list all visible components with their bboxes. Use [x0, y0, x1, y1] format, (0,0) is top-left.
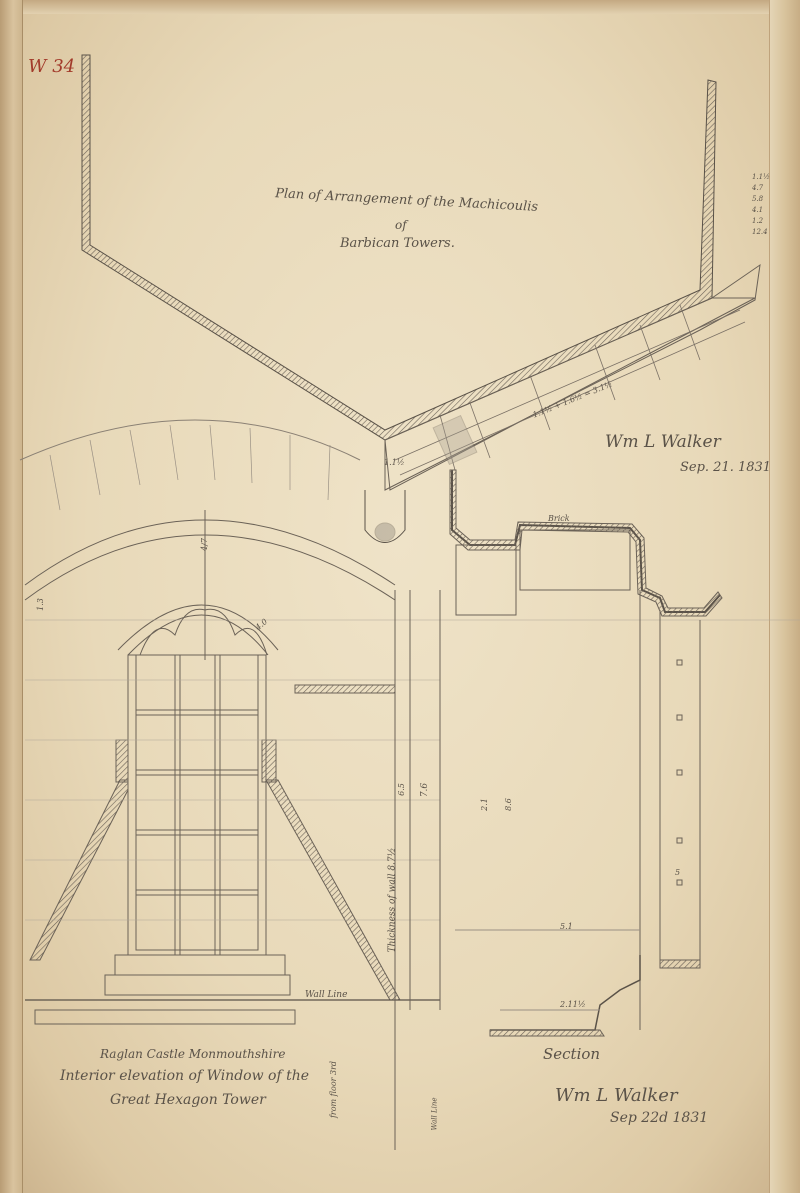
- section-date: Sep 22d 1831: [610, 1110, 708, 1126]
- elev-dim-76: 7.6: [420, 783, 430, 797]
- architectural-drawing: [0, 0, 800, 1193]
- section-dim-86: 8.6: [504, 798, 513, 811]
- elev-dim-left: 1.3: [36, 598, 45, 611]
- section-dim-211: 2.11½: [560, 1000, 586, 1009]
- margin-calculation: 1.1½ 4.7 5.8 4.1 1.2 12.4: [752, 172, 780, 238]
- folio-mark: W 34: [28, 56, 75, 77]
- plan-date: Sep. 21. 1831: [680, 460, 771, 475]
- plan-drawing: [82, 55, 760, 543]
- section-dim-5: 5: [675, 868, 680, 877]
- section-signature: Wm L Walker: [555, 1085, 678, 1106]
- floor-note: from floor 3rd: [329, 1061, 338, 1118]
- plan-title-line3: Barbican Towers.: [340, 236, 455, 251]
- section-drawing: [450, 470, 722, 1036]
- section-label: Section: [543, 1045, 600, 1063]
- wall-line-label: Wall Line: [305, 990, 347, 1000]
- elevation-drawing: [20, 420, 800, 1150]
- wall-thickness-label: Thickness of wall 8.7½: [387, 848, 397, 953]
- wall-line-vertical-label: Wall Line: [431, 1097, 439, 1130]
- section-dim-51: 5.1: [560, 922, 573, 931]
- elevation-caption-line3: Great Hexagon Tower: [110, 1092, 266, 1108]
- plan-title-line2: of: [395, 218, 407, 232]
- section-dim-21: 2.1: [480, 798, 489, 811]
- elev-dim-arch-rise: 4/7: [200, 538, 209, 551]
- plan-signature: Wm L Walker: [605, 432, 721, 452]
- elevation-caption-line1: Raglan Castle Monmouthshire: [100, 1047, 285, 1061]
- plan-dim-corbel: 1.1½: [384, 458, 404, 467]
- brick-label: Brick: [548, 514, 570, 523]
- elev-dim-65: 6.5: [397, 783, 406, 796]
- elevation-caption-line2: Interior elevation of Window of the: [60, 1068, 309, 1084]
